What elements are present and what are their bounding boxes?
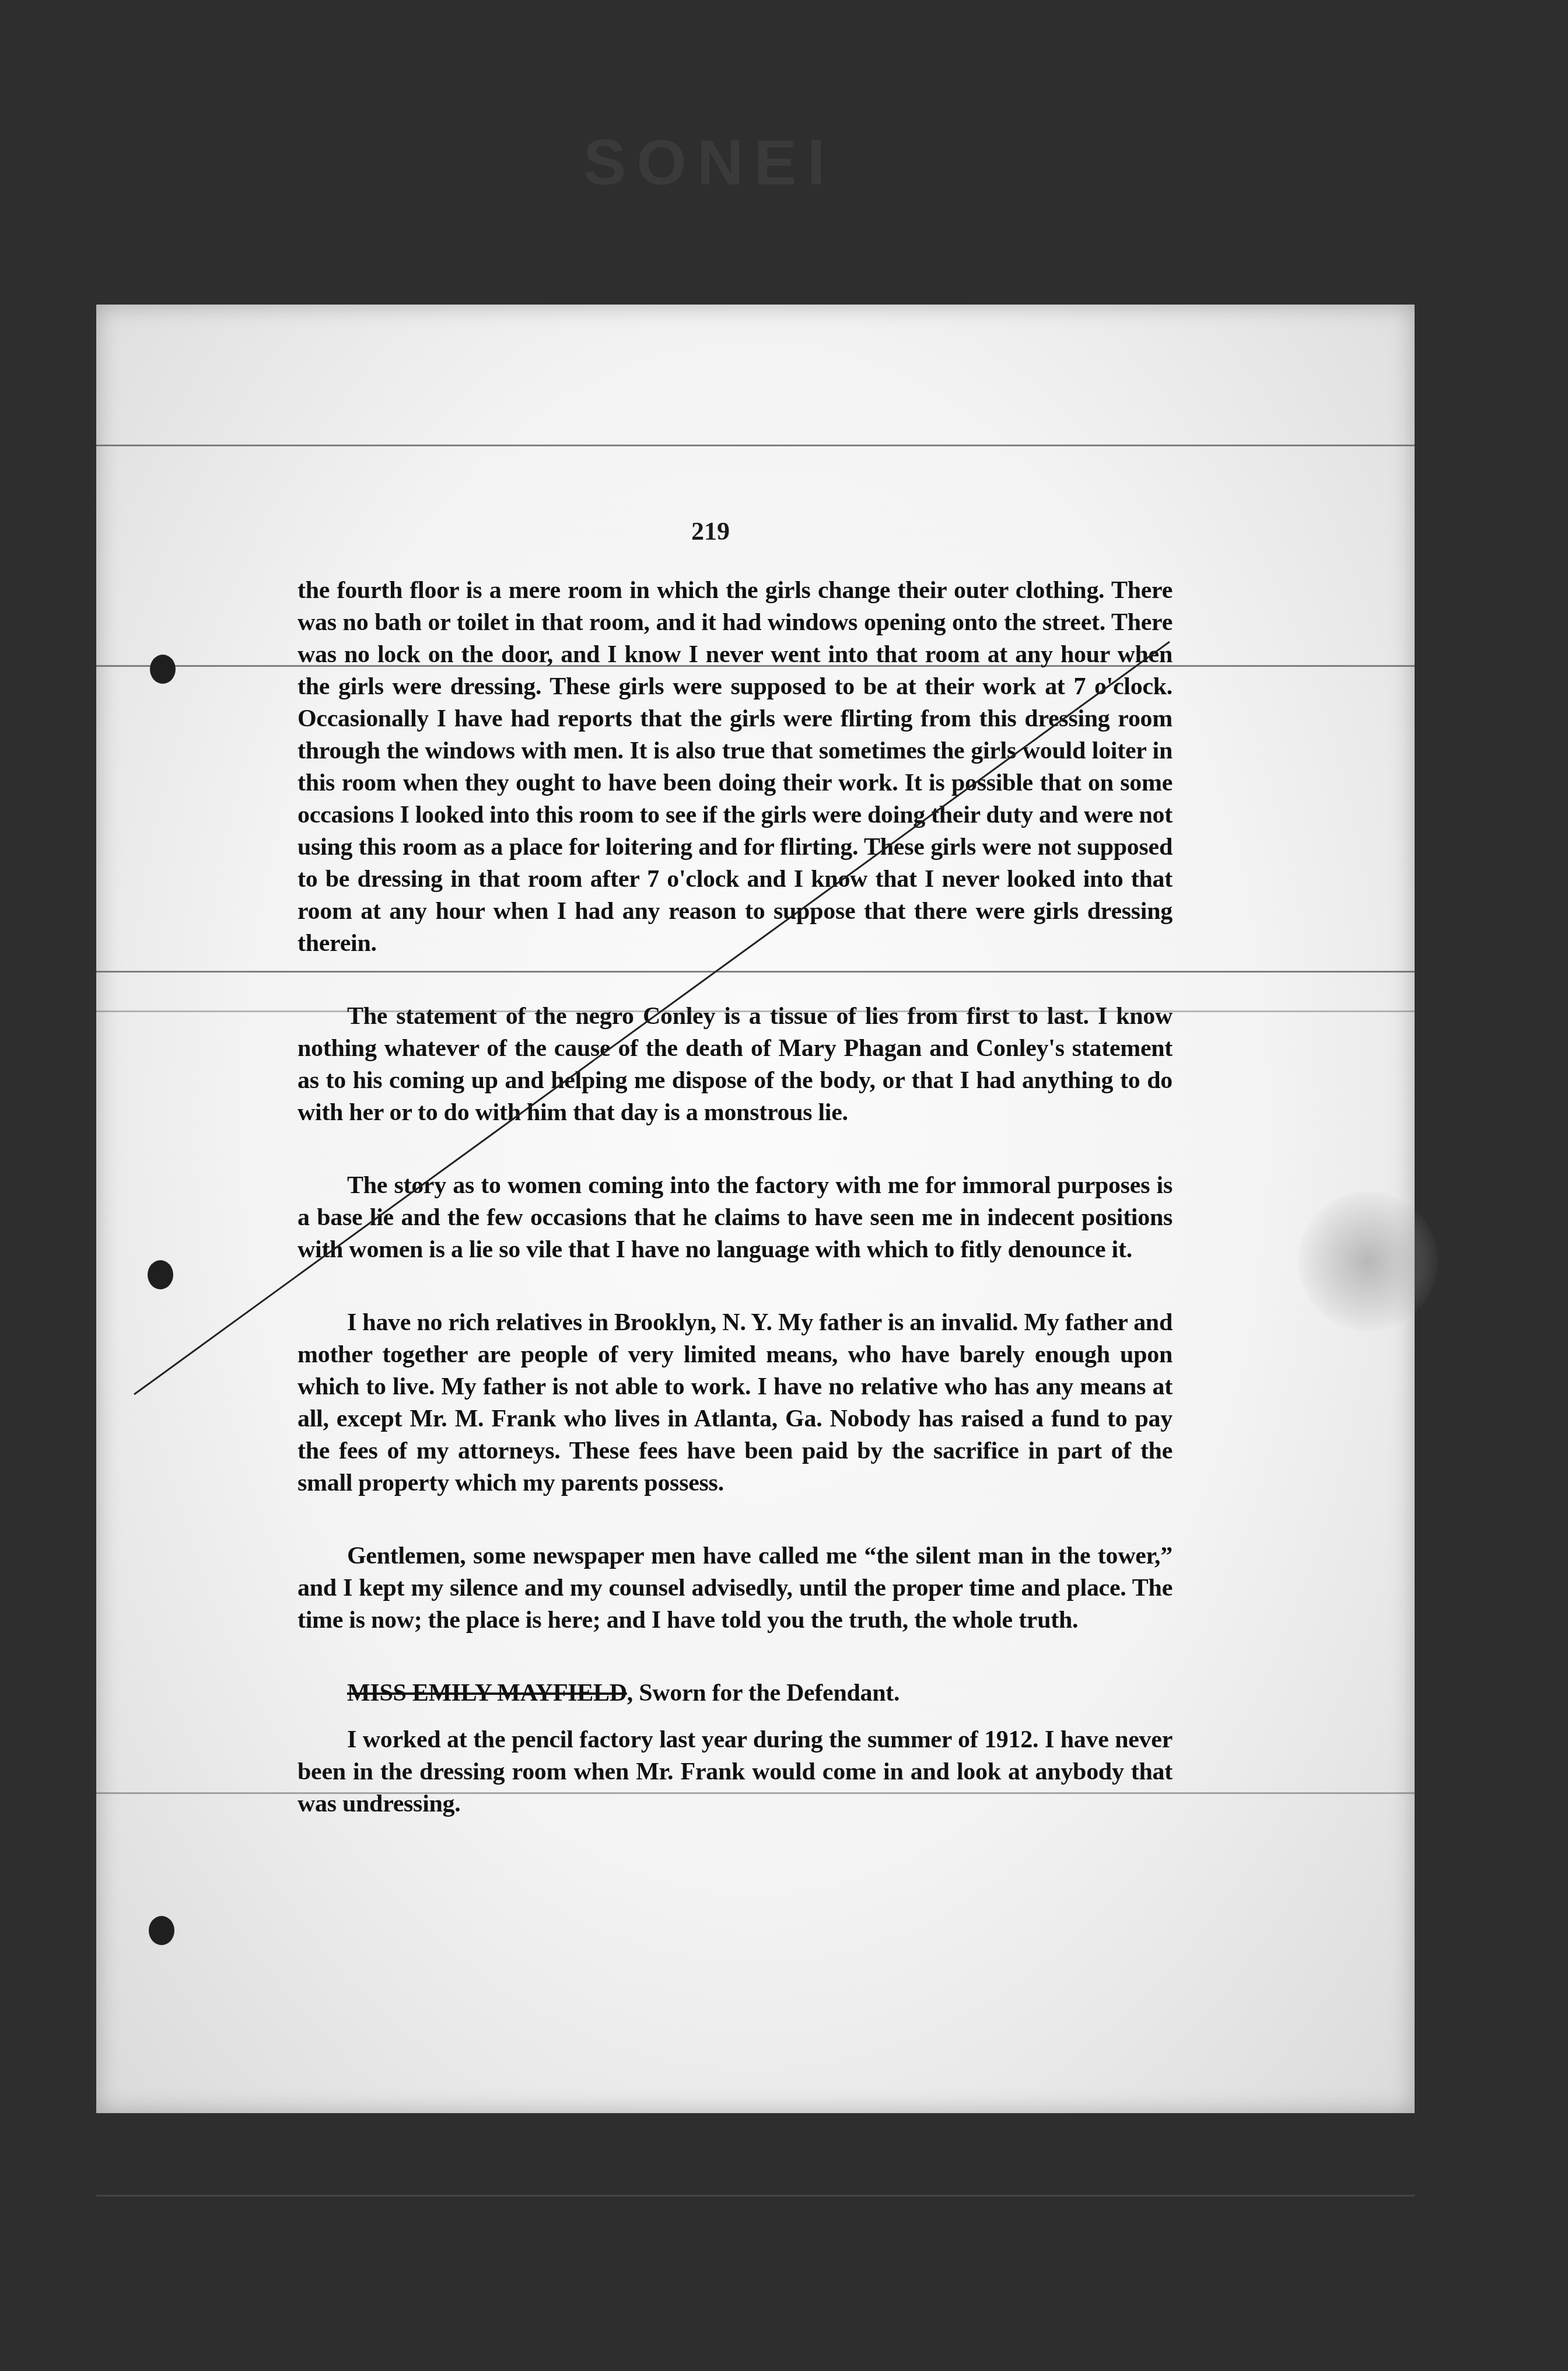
witness-name: MISS EMILY MAYFIELD	[347, 1680, 627, 1706]
punch-hole	[149, 1916, 174, 1945]
witness-heading: MISS EMILY MAYFIELD, Sworn for the Defen…	[297, 1677, 1172, 1709]
witness-heading-suffix: , Sworn for the Defendant.	[627, 1680, 900, 1706]
paragraph: The statement of the negro Conley is a t…	[297, 1001, 1172, 1129]
document-body: the fourth floor is a mere room in which…	[297, 575, 1172, 1820]
punch-hole	[150, 655, 176, 684]
page-number: 219	[691, 516, 730, 546]
ghost-header-bleedthrough: SONEI	[583, 125, 835, 200]
punch-hole	[148, 1260, 173, 1289]
paragraph: I have no rich relatives in Brooklyn, N.…	[297, 1307, 1172, 1499]
paragraph: the fourth floor is a mere room in which…	[297, 575, 1172, 960]
scan-artifact-line	[96, 2195, 1415, 2197]
paragraph: Gentlemen, some newspaper men have calle…	[297, 1540, 1172, 1636]
paragraph: The story as to women coming into the fa…	[297, 1170, 1172, 1266]
witness-paragraph: I worked at the pencil factory last year…	[297, 1724, 1172, 1820]
scan-artifact-line	[96, 445, 1415, 446]
ink-smudge	[1298, 1191, 1438, 1331]
